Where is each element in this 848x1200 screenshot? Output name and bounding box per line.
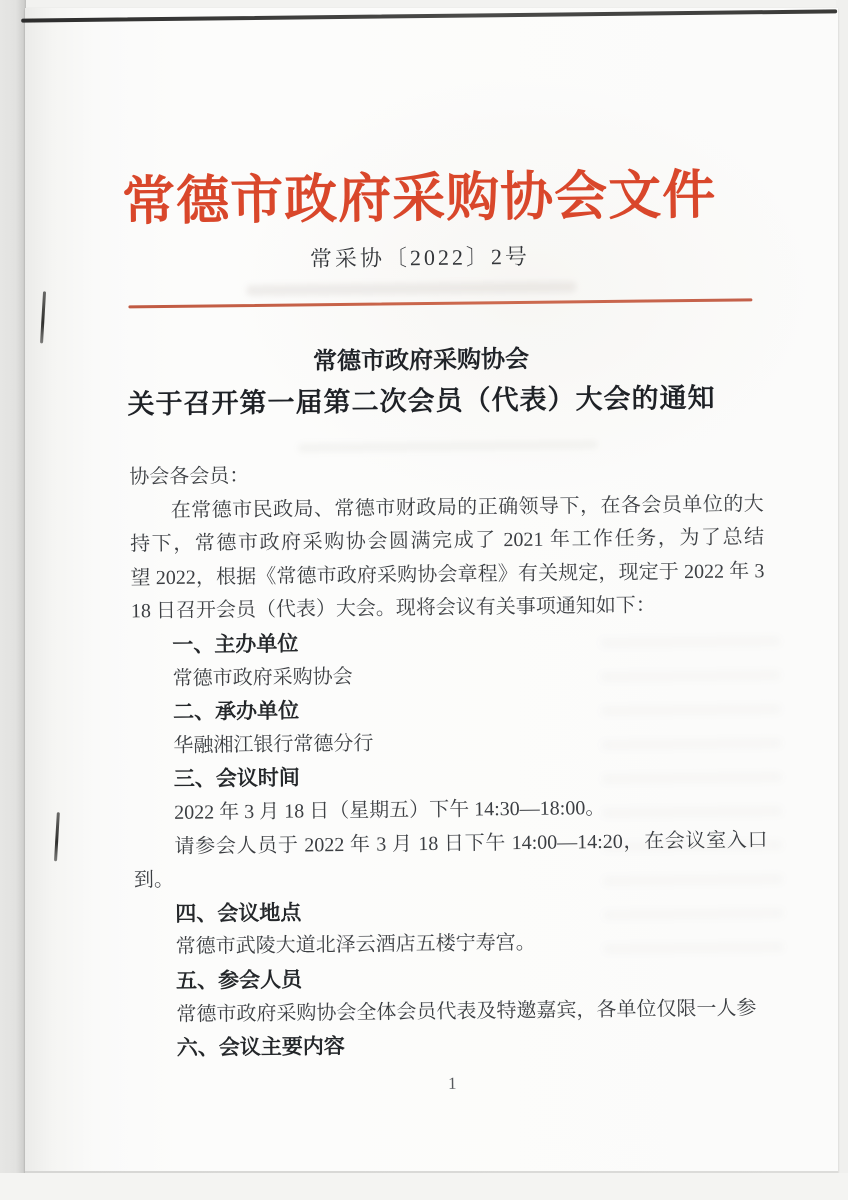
notice-title-line1: 常德市政府采购协会 — [21, 336, 821, 380]
red-separator-line — [128, 298, 752, 308]
paper-top-edge — [21, 9, 837, 22]
staple-bottom — [54, 812, 60, 861]
scan-smudge — [298, 440, 598, 452]
scan-canvas: { "document": { "org_title": "常德市政府采购协会文… — [0, 0, 848, 1200]
body-line: 请参会人员于 2022 年 3 月 18 日下午 14:00—14:20，在会议… — [133, 824, 767, 865]
document-number: 常采协〔2022〕2号 — [20, 237, 820, 277]
letterhead-title: 常德市政府采购协会文件 — [19, 152, 820, 237]
staple-top — [40, 291, 46, 343]
notice-title-line2: 关于召开第一届第二次会员（代表）大会的通知 — [21, 375, 821, 423]
section-heading-6: 六、会议主要内容 — [136, 1025, 770, 1066]
body-text-block: 协会各会员： 在常德市民政局、常德市财政局的正确领导下，在各会员单位的大力支 持… — [129, 454, 770, 1066]
document-print-layer: 常德市政府采购协会文件 常采协〔2022〕2号 常德市政府采购协会 关于召开第一… — [0, 0, 848, 1200]
scan-smudge — [246, 281, 576, 296]
page-number: 1 — [29, 1069, 848, 1099]
